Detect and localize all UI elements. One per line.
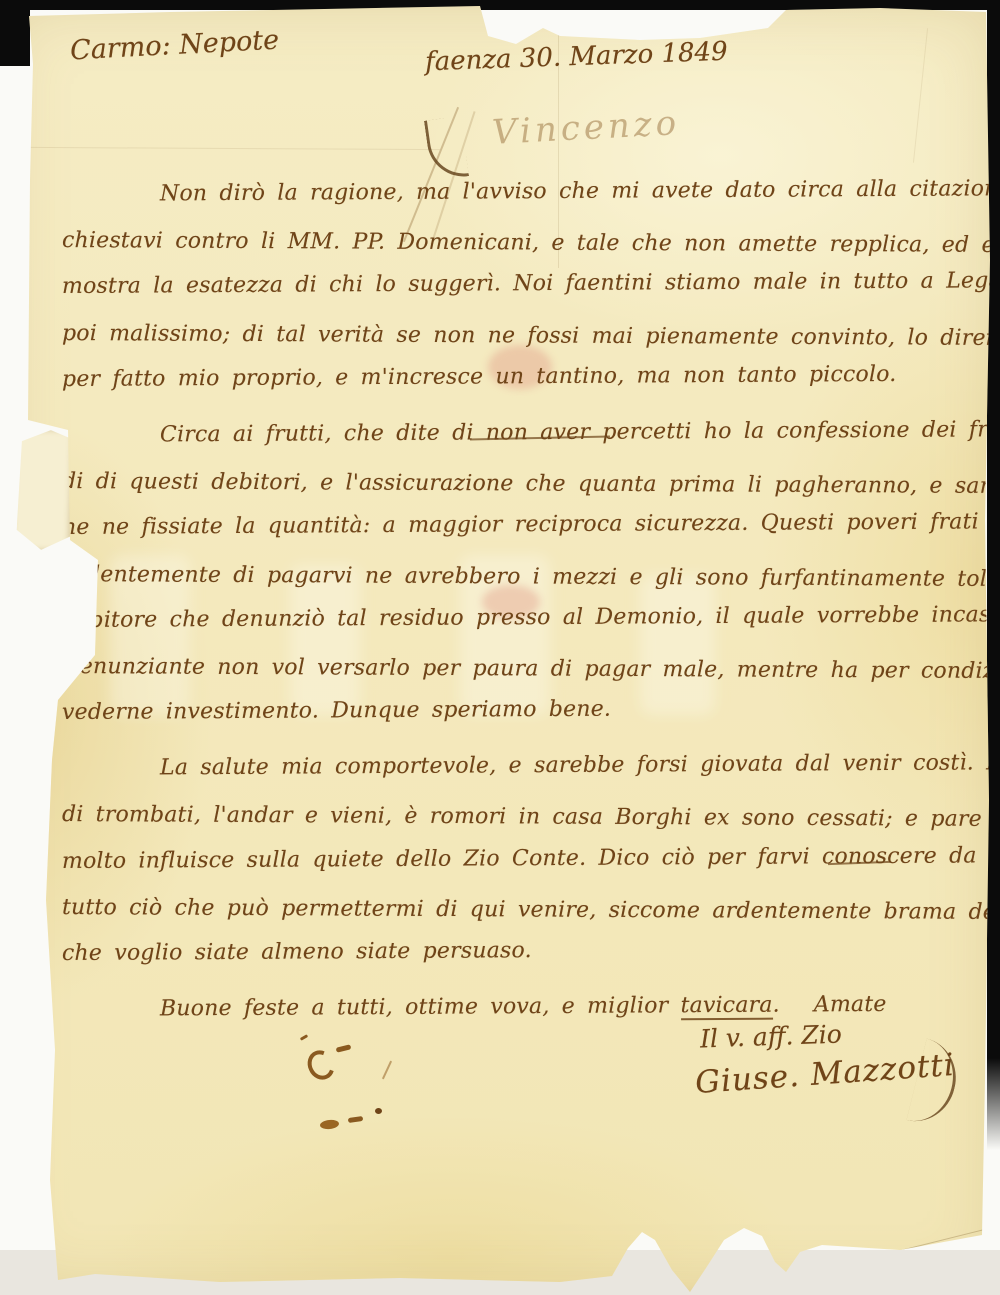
scanner-edge-right <box>987 0 1000 1150</box>
letter-scan: Vincenzo Carmo: Nepote faenza 30. Marzo … <box>0 0 1000 1295</box>
scanner-edge-top <box>0 0 1000 10</box>
letter-line: debitore che denunziò tal residuo presso… <box>62 592 997 644</box>
dateline: faenza 30. Marzo 1849 <box>425 37 729 78</box>
ink-blot <box>375 1108 382 1114</box>
paper-sheet: Vincenzo Carmo: Nepote faenza 30. Marzo … <box>0 0 1000 1295</box>
ink-blot <box>303 1046 339 1084</box>
letter-line: vederne investimento. Dunque speriamo be… <box>62 684 997 736</box>
ink-blot <box>320 1119 340 1130</box>
crease-line <box>30 147 440 150</box>
bleedthrough-text: Vincenzo <box>491 103 681 153</box>
letter-paragraph: Circa ai frutti, che dite di non aver pe… <box>62 413 997 736</box>
letter-line: Non dirò la ragione, ma l'avviso che mi … <box>62 166 997 218</box>
closing-text: . <box>773 993 780 1018</box>
letter-line: per fatto mio proprio, e m'incresce un t… <box>62 351 997 403</box>
scanner-edge-top-left <box>0 0 30 66</box>
letter-line: molto influisce sulla quiete dello Zio C… <box>62 833 997 885</box>
closing-line: Buone feste a tutti, ottime vova, e migl… <box>62 981 997 1033</box>
signature-valediction: Il v. aff. Zio <box>700 1020 843 1054</box>
closing-text: Buone feste a tutti, ottime vova, e migl… <box>160 993 681 1021</box>
closing-underlined-word: tavicara <box>680 993 772 1021</box>
ink-scratch <box>382 1061 392 1080</box>
letter-line: mostra la esatezza di chi lo suggerì. No… <box>62 259 997 311</box>
letter-paragraph: Non dirò la ragione, ma l'avviso che mi … <box>62 172 997 403</box>
ink-blot <box>348 1116 364 1123</box>
letter-paragraph: Buone feste a tutti, ottime vova, e migl… <box>62 987 997 1033</box>
letter-body: Non dirò la ragione, ma l'avviso che mi … <box>62 172 997 1043</box>
letter-line: Circa ai frutti, che dite di non aver pe… <box>62 407 997 459</box>
letter-line: ne ne fissiate la quantità: a maggior re… <box>62 500 997 552</box>
letter-line: La salute mia comportevole, e sarebbe fo… <box>62 741 997 793</box>
torn-paper-flap <box>16 429 76 551</box>
ink-blot <box>336 1044 352 1052</box>
red-wax-mark <box>544 16 554 29</box>
letter-line: che voglio siate almeno siate persuaso. <box>62 925 997 977</box>
salutation: Carmo: Nepote <box>69 25 280 67</box>
crease-line <box>913 28 928 162</box>
closing-amate: Amate <box>814 992 887 1017</box>
